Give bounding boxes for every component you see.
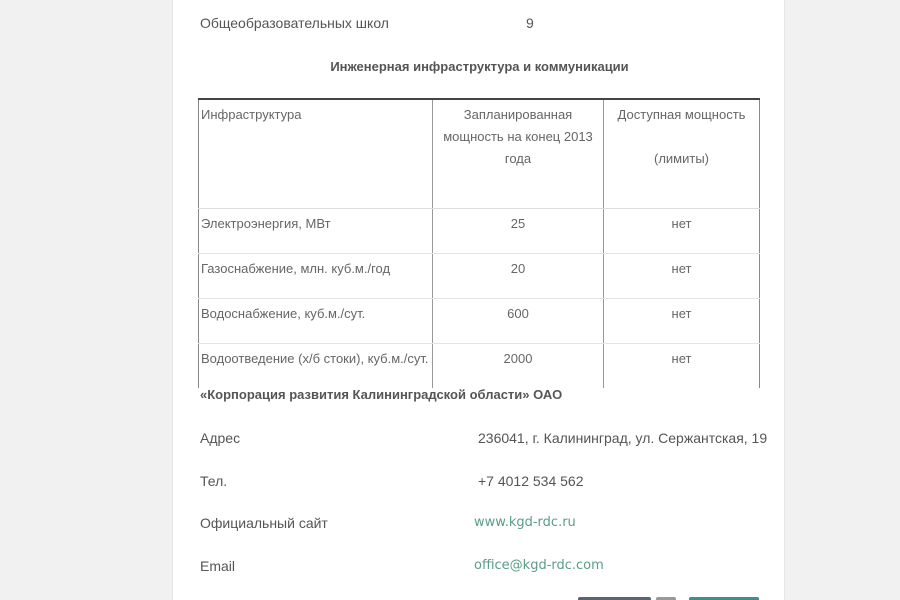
row-available: нет [604,344,760,389]
row-available: нет [604,254,760,299]
row-planned: 20 [433,254,604,299]
contact-website: Официальный сайт www.kgd-rdc.ru [200,515,328,531]
row-name: Водоотведение (х/б стоки), куб.м./сут. [199,344,433,389]
contact-label: Тел. [200,473,227,489]
header-available-line1: Доступная мощность [618,107,746,122]
section-title: Инженерная инфраструктура и коммуникации [173,59,786,74]
header-planned-capacity: Запланированная мощность на конец 2013 г… [433,99,604,209]
company-name: «Корпорация развития Калининградской обл… [200,387,562,402]
row-available: нет [604,209,760,254]
contact-phone: Тел. +7 4012 534 562 [200,473,227,489]
contact-value: +7 4012 534 562 [478,473,584,489]
infrastructure-table: Инфраструктура Запланированная мощность … [198,98,760,388]
row-planned: 600 [433,299,604,344]
table-row: Водоснабжение, куб.м./сут. 600 нет [199,299,760,344]
row-name: Газоснабжение, млн. куб.м./год [199,254,433,299]
contact-label: Официальный сайт [200,515,328,531]
header-infrastructure: Инфраструктура [199,99,433,209]
stat-value: 9 [526,15,534,31]
table-header-row: Инфраструктура Запланированная мощность … [199,99,760,209]
header-available-capacity: Доступная мощность (лимиты) [604,99,760,209]
table-row: Водоотведение (х/б стоки), куб.м./сут. 2… [199,344,760,389]
row-name: Электроэнергия, МВт [199,209,433,254]
header-available-line2: (лимиты) [654,151,709,166]
table-row: Электроэнергия, МВт 25 нет [199,209,760,254]
email-link[interactable]: office@kgd-rdc.com [474,558,604,573]
contact-address: Адрес 236041, г. Калининград, ул. Сержан… [200,430,240,446]
content-card: Общеобразовательных школ 9 Инженерная ин… [172,0,785,600]
stat-label: Общеобразовательных школ [200,15,389,31]
stat-row-schools: Общеобразовательных школ 9 [200,15,389,31]
row-available: нет [604,299,760,344]
contact-email: Email office@kgd-rdc.com [200,558,235,574]
row-planned: 25 [433,209,604,254]
contact-value: 236041, г. Калининград, ул. Сержантская,… [478,430,767,446]
row-name: Водоснабжение, куб.м./сут. [199,299,433,344]
contact-label: Адрес [200,430,240,446]
row-planned: 2000 [433,344,604,389]
contact-label: Email [200,558,235,574]
website-link[interactable]: www.kgd-rdc.ru [474,515,576,530]
table-row: Газоснабжение, млн. куб.м./год 20 нет [199,254,760,299]
